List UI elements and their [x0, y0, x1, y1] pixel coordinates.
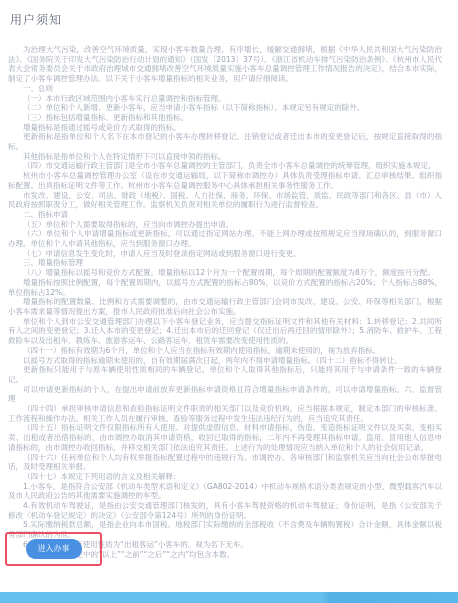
notice-paragraph: 可以申请更新指标的个人，在提出申请前放弃更新指标申请资格且符合增量指标申请条件的… [8, 385, 442, 404]
notice-paragraph: （一）本市行政区域范围内小客车实行总量调控和指标管理。 [8, 94, 442, 104]
notice-paragraph: 以摇号方式取得的指标逾期未使用的，自有效期届满次日起，两年内不得申请增量指标。（… [8, 356, 442, 366]
notice-paragraph: 一、总则 [8, 84, 442, 94]
notice-paragraph: 二、指标申请 [8, 210, 442, 220]
notice-paragraph: （六）单位和个人申请增量指标或更新指标，可以通过指定网站办理。不能上网办理或按照… [8, 229, 442, 248]
annotation-highlight-box: 进入办事 [5, 532, 102, 566]
notice-paragraph: 更新指标只能用于与原车辆使用性质相同的车辆登记。单位和个人取得其他指标后，只能将… [8, 365, 442, 384]
notice-paragraph: （四十七）本规定下列用语的含义及相关解释： [8, 472, 442, 482]
notice-paragraph: （四十四）承担审核申请信息和查验指标证明文件职责的相关部门以及竞价机构，应当根据… [8, 404, 442, 423]
notice-paragraph: 4.有效机动车驾驶证，是指由公安交通管理部门核发的，具有小客车驾驶资格的机动车驾… [8, 501, 442, 520]
notice-paragraph: 增量指标是指通过摇号或竞价方式取得的指标。 [8, 123, 442, 133]
notice-paragraph: 增量指标按照比例配置，每个配置周期内，以摇号方式配置的指标占80%，以竞价方式配… [8, 278, 442, 297]
notice-paragraph: （四）市交通运输行政主管部门是全市小客车总量调控的主管部门，负责全市小客车总量调… [8, 161, 442, 171]
notice-paragraph: （四十五）指标证明文件仅限指标所有人使用。对提供虚假信息、材料申请指标，伪造、变… [8, 423, 442, 452]
notice-paragraph: （八）增量指标以摇号和竞价方式配置。增量指标以12个月为一个配置周期，每个周期的… [8, 268, 442, 278]
notice-paragraph: 市发改、建设、公安、司法、财政（地税）、国税、人力社保、商务、环保、市场监管、质… [8, 191, 442, 210]
notice-paragraph: （三）指标包括增量指标、更新指标和其他指标。 [8, 113, 442, 123]
page-title: 用户须知 [10, 11, 62, 28]
notice-paragraph: （七）申请信息发生变化时，申请人应当及时登录指定网站或到服务窗口进行变更。 [8, 249, 442, 259]
notice-paragraph: 杭州市小客车总量调控管理办公室（设在市交通运输局，以下简称市调控办）具体负责受理… [8, 171, 442, 190]
notice-paragraph: 为治理大气污染，改善空气环境质量，实现小客车数量合理、有序增长，缓解交通拥堵，根… [8, 45, 442, 84]
notice-body: 为治理大气污染，改善空气环境质量，实现小客车数量合理、有序增长，缓解交通拥堵，根… [8, 45, 442, 559]
notice-paragraph: 单位和个人到市公安交通管理部门办理以下小客车登记业务，应当提交指标证明文件和其他… [8, 317, 442, 346]
notice-paragraph: 增量指标的配置数量、比例和方式需要调整的，由市交通运输行政主管部门会同市发改、建… [8, 297, 442, 316]
notice-paragraph: 三、增量指标管理 [8, 258, 442, 268]
notice-paragraph: （四十一）指标有效期为6个月，单位和个人应当在指标有效期内使用指标，逾期未使用的… [8, 346, 442, 356]
footer-bar [0, 592, 458, 603]
user-notice-page: 用户须知 为治理大气污染，改善空气环境质量，实现小客车数量合理、有序增长，缓解交… [0, 0, 458, 603]
notice-paragraph: 1.小客车，是指符合公安部《机动车类型术语和定义》（GA802-2014）中机动… [8, 482, 442, 501]
notice-paragraph: （二）单位和个人新增、更新小客车，应当申请小客车指标（以下简称指标）。本规定另有… [8, 103, 442, 113]
notice-paragraph: （四十六）任何单位和个人均有权举报指标配置过程中的违规行为。市调控办、各审核部门… [8, 453, 442, 472]
notice-paragraph: （五）单位和个人需要取得指标的，应当向市调控办提出申请。 [8, 220, 442, 230]
notice-paragraph: 更新指标是指单位和个人名下在本市登记的小客车办理转移登记、注销登记或者迁出本市的… [8, 132, 442, 151]
notice-paragraph: 其他指标是指单位和个人在特定情形下可以直接申领的指标。 [8, 152, 442, 162]
enter-service-button[interactable]: 进入办事 [26, 539, 82, 559]
